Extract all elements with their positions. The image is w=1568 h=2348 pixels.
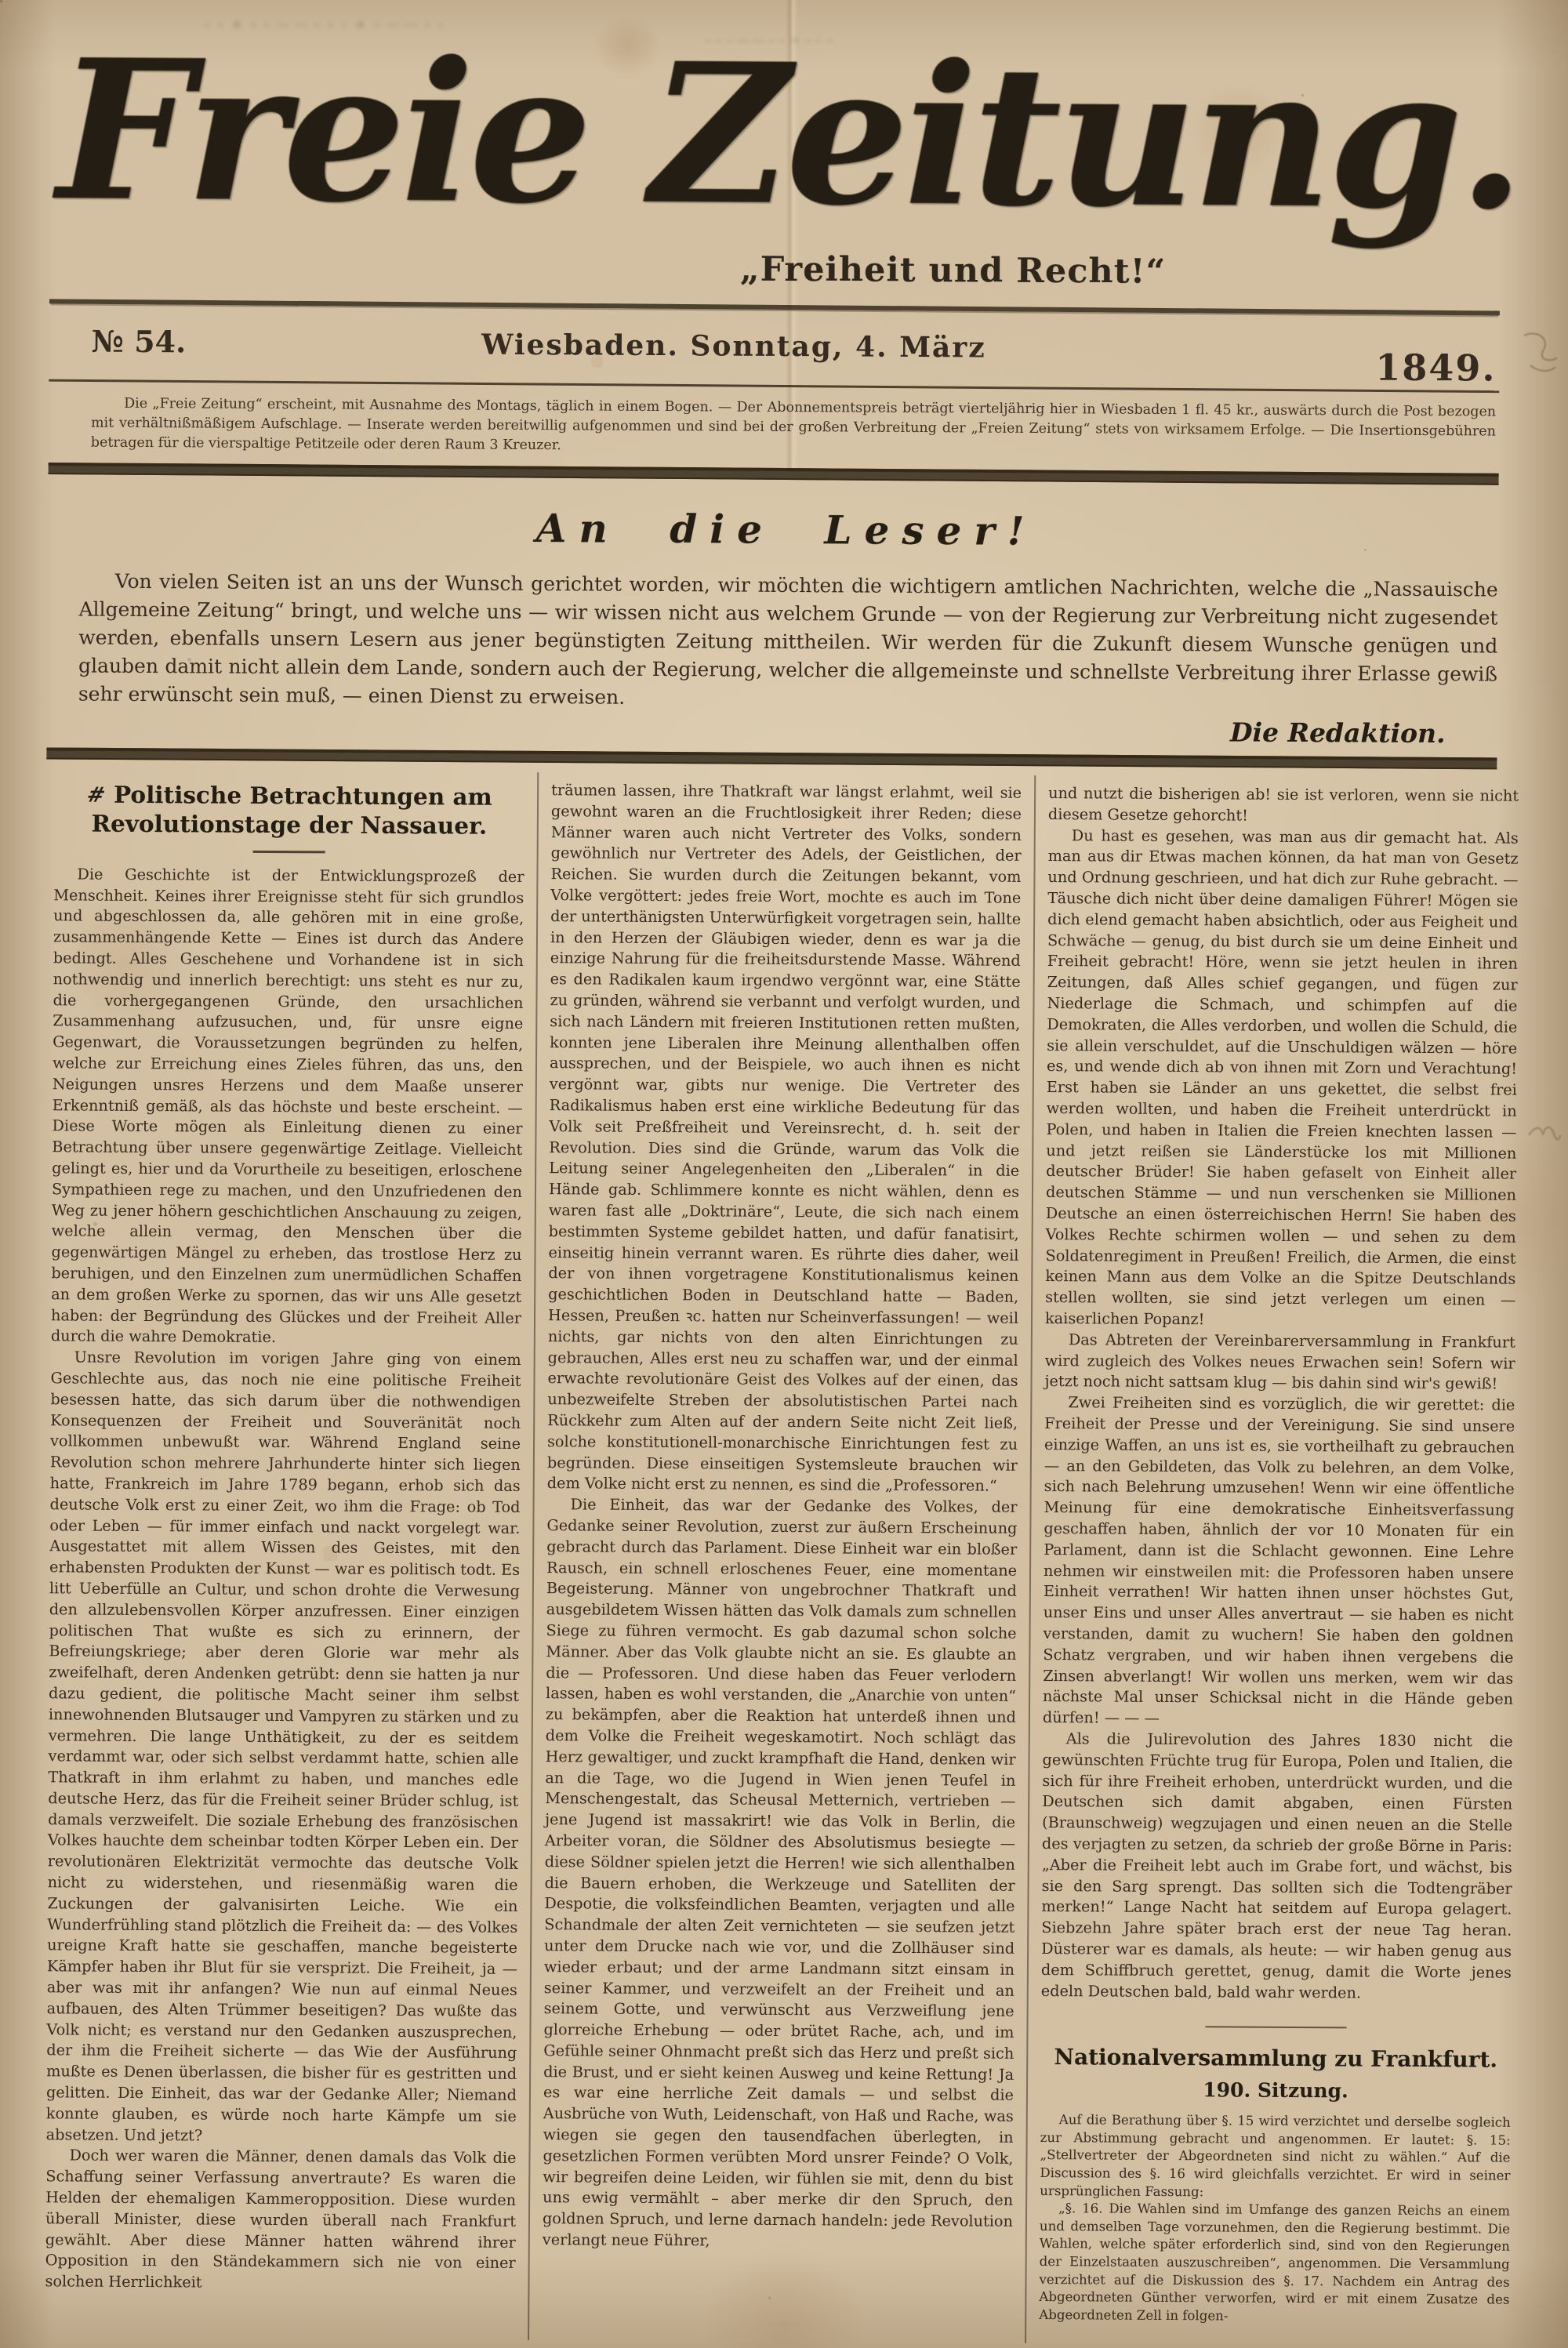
column-2: träumen lassen, ihre Thatkraft war längs… bbox=[528, 772, 1034, 2343]
double-rule bbox=[49, 463, 1499, 485]
imprint-line: Die „Freie Zeitung“ erscheint, mit Ausna… bbox=[124, 396, 1327, 419]
section-title: Nationalversammlung zu Frankfurt. bbox=[1040, 2044, 1511, 2073]
article-title: #Politische Betrachtungen am Revolutions… bbox=[54, 780, 524, 840]
article-paragraph: Das Abtreten der Vereinbarerversammlung … bbox=[1044, 1330, 1515, 1395]
title-divider bbox=[253, 851, 325, 854]
newspaper-page: ··•··──···•·──·· ···──··•··· Freie Zeitu… bbox=[0, 0, 1568, 2348]
address-title: An die Leser! bbox=[2, 502, 1568, 557]
article-title-text: Politische Betrachtungen am Revolutionst… bbox=[91, 781, 492, 840]
double-rule bbox=[46, 748, 1497, 770]
article-paragraph: Du hast es gesehen, was man aus dir gema… bbox=[1045, 826, 1519, 1333]
section-subtitle: 190. Sitzung. bbox=[1040, 2078, 1511, 2103]
paper-specks bbox=[0, 0, 2, 2]
article-paragraph: Zwei Freiheiten sind es vorzüglich, die … bbox=[1043, 1392, 1515, 1731]
column-1: #Politische Betrachtungen am Revolutions… bbox=[32, 769, 537, 2340]
article-paragraph: und nutzt die bisherigen ab! sie ist ver… bbox=[1048, 783, 1519, 828]
column-3: und nutzt die bisherigen ab! sie ist ver… bbox=[1025, 775, 1531, 2346]
address-body: Von vielen Seiten ist an uns der Wunsch … bbox=[78, 568, 1498, 717]
article-paragraph: träumen lassen, ihre Thatkraft war längs… bbox=[547, 780, 1022, 1497]
section-divider bbox=[1206, 2027, 1347, 2029]
printers-mark: # bbox=[84, 782, 108, 808]
section-paragraph: „§. 16. Die Wahlen sind im Umfange des g… bbox=[1039, 2200, 1510, 2327]
article-paragraph: Als die Julirevolution des Jahres 1830 n… bbox=[1041, 1729, 1513, 2005]
article-paragraph: Unsre Revolution im vorigen Jahre ging v… bbox=[46, 1347, 521, 2148]
masthead-title: Freie Zeitung. bbox=[5, 36, 1568, 234]
dateline: Wiesbaden. Sonntag, 4. März bbox=[481, 328, 986, 365]
column-layout: #Politische Betrachtungen am Revolutions… bbox=[32, 769, 1531, 2346]
motto: „Freiheit und Recht!“ bbox=[4, 245, 1166, 292]
dateline-row: № 54. Wiesbaden. Sonntag, 4. März 1849. bbox=[3, 305, 1568, 369]
year: 1849. bbox=[1375, 347, 1496, 390]
section-paragraph: Auf die Berathung über §. 15 wird verzic… bbox=[1040, 2111, 1511, 2203]
imprint: Die „Freie Zeitung“ erscheint, mit Ausna… bbox=[91, 394, 1496, 462]
header-rule-thin bbox=[49, 379, 1499, 394]
article-paragraph: Die Einheit, das war der Gedanke des Vol… bbox=[543, 1494, 1018, 2253]
issue-number: № 54. bbox=[91, 324, 186, 360]
article-paragraph: Doch wer waren die Männer, denen damals … bbox=[45, 2146, 516, 2295]
article-paragraph: Die Geschichte ist der Entwicklungsproze… bbox=[51, 864, 524, 1350]
page-content: Freie Zeitung. „Freiheit und Recht!“ № 5… bbox=[0, 0, 1568, 2346]
